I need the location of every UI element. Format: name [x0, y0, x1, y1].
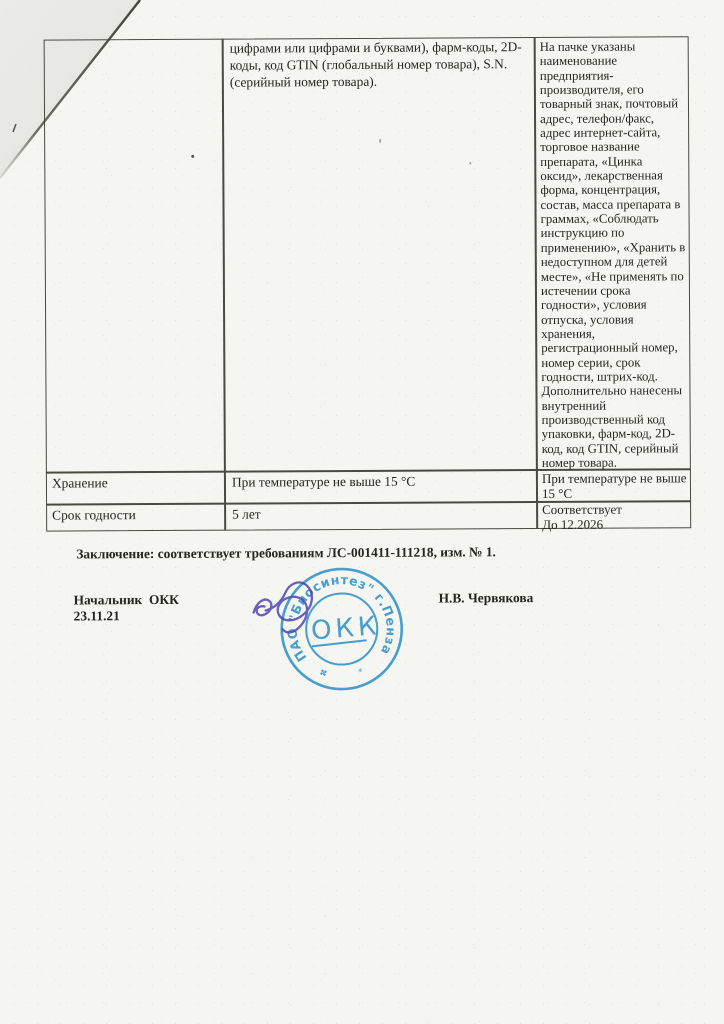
cell-storage-requirement: При температуре не выше 15 °С	[232, 473, 529, 491]
cell-shelf-life-requirement: 5 лет	[232, 505, 529, 523]
handwritten-signature	[247, 566, 357, 662]
stamp-ornament-glyph: ✤	[318, 667, 330, 680]
scan-speckle	[191, 155, 194, 158]
row-label-shelf-life: Срок годности	[52, 507, 217, 525]
cell-pack-description: На пачке указаны наименование предприяти…	[540, 39, 688, 470]
scan-speckle	[379, 139, 381, 143]
signoff-name: Н.В. Червякова	[439, 590, 534, 607]
scan-speckle	[469, 162, 471, 164]
cell-marking-codes: цифрами или цифрами и буквами), фарм-код…	[230, 39, 527, 91]
signoff-title: Начальник ОКК	[74, 592, 179, 609]
signature-big-loop	[265, 582, 312, 632]
signoff-date: 23.11.21	[74, 608, 120, 625]
stamp-star-glyph: *	[357, 667, 364, 678]
row-label-storage: Хранение	[52, 475, 217, 493]
scanned-page: цифрами или цифрами и буквами), фарм-код…	[0, 0, 724, 1024]
cell-shelf-life-result: Соответствует До 12.2026	[542, 502, 690, 532]
signature-stroke-group	[253, 582, 312, 632]
cell-storage-result: При температуре не выше 15 °С	[542, 470, 690, 501]
signature-small-loop	[254, 600, 272, 616]
